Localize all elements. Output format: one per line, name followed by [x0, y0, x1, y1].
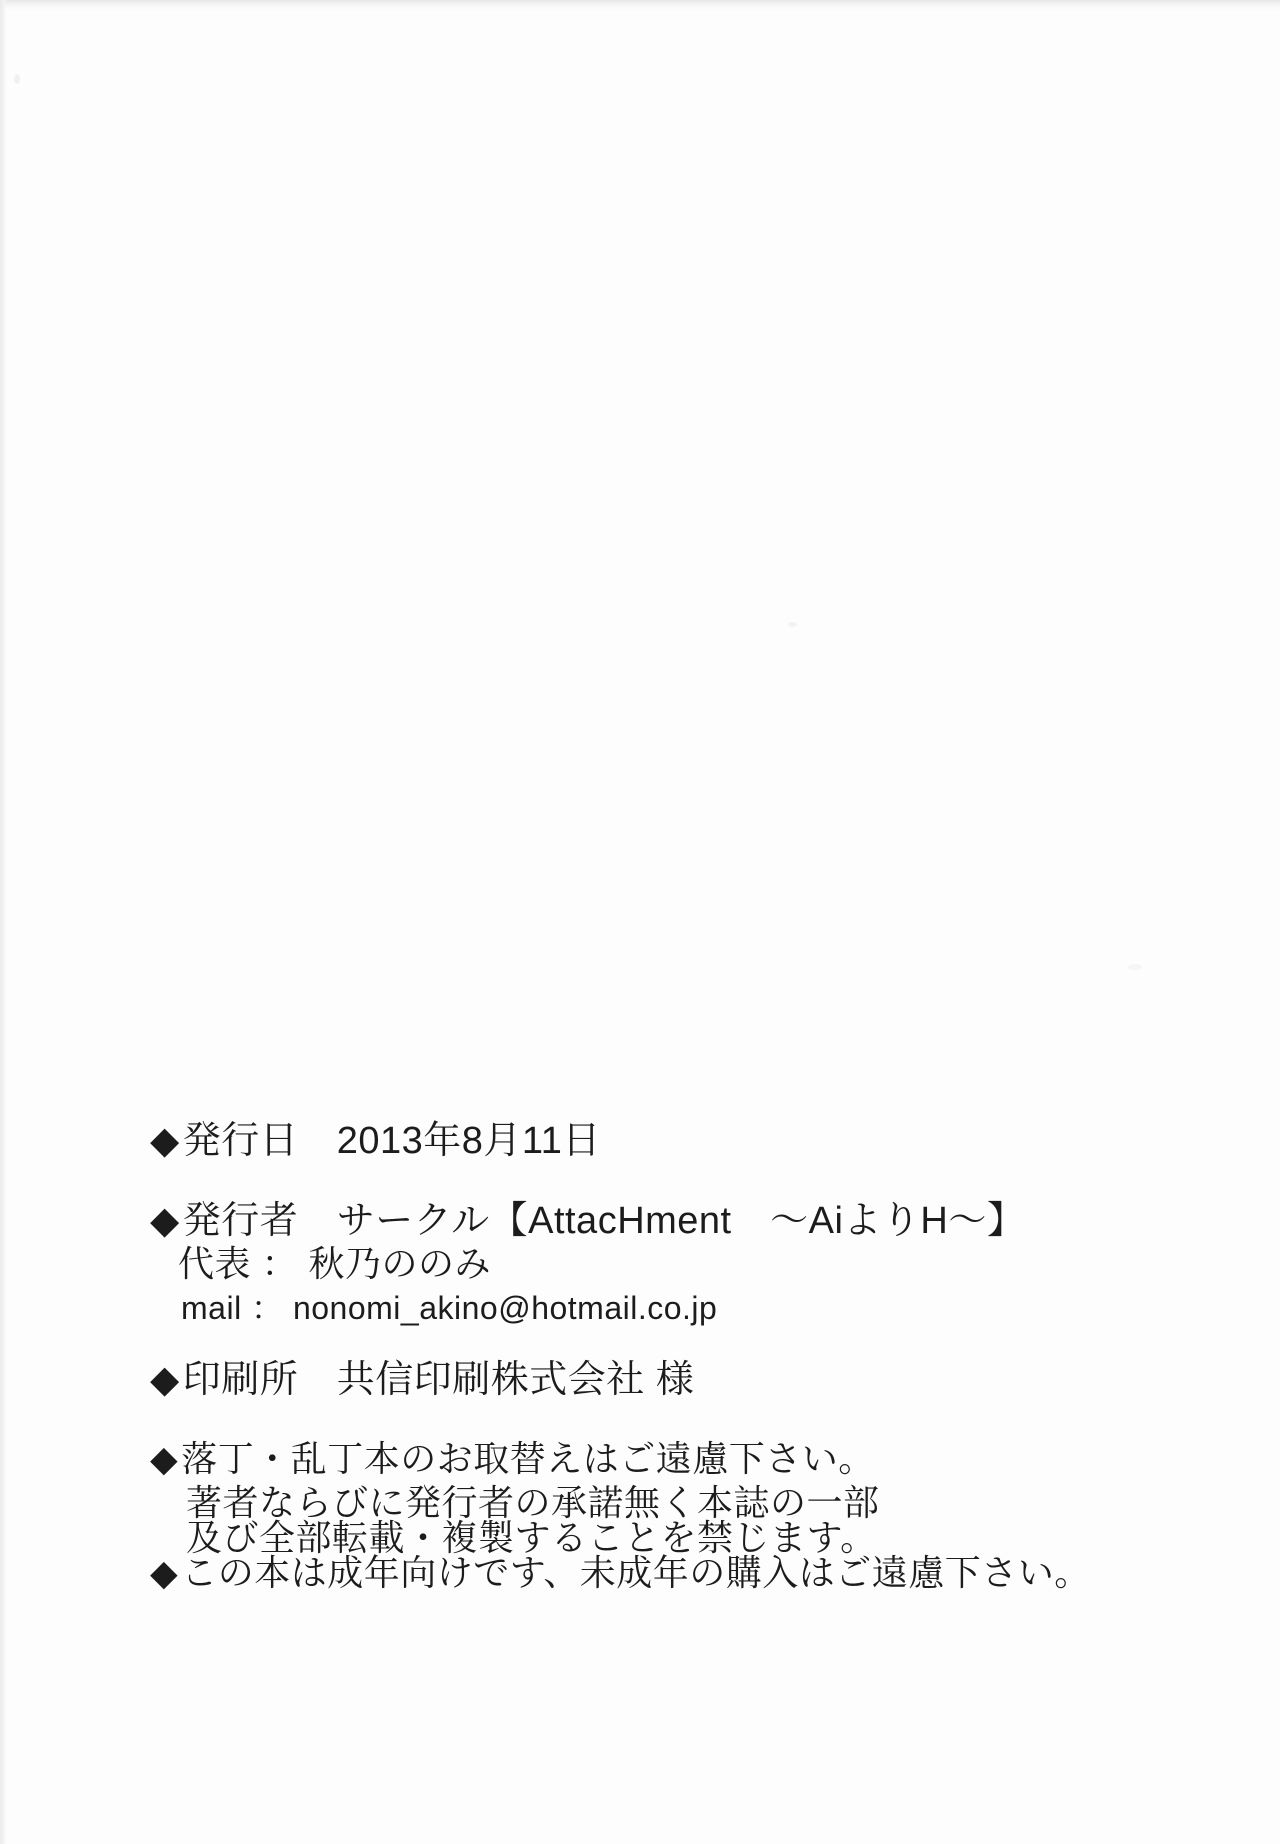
representative-text: 代表 ： 秋乃ののみ	[178, 1245, 491, 1284]
diamond-bullet-icon: ◆	[150, 1201, 180, 1242]
publisher-text: 発行者 サークル【AttacHment ～AiよりH～】	[183, 1201, 1026, 1242]
mail-line: mail ： nonomi_akino@hotmail.co.jp	[181, 1291, 717, 1326]
diamond-bullet-icon: ◆	[150, 1554, 178, 1593]
scan-edge-left	[0, 0, 7, 1844]
adult-notice-text: この本は成年向けです、未成年の購入はご遠慮下さい。	[181, 1554, 1091, 1593]
scan-speck	[1128, 964, 1142, 970]
scanned-colophon-page: ◆ 発行日 2013年8月11日 ◆ 発行者 サークル【AttacHment ～…	[0, 0, 1280, 1844]
diamond-bullet-icon: ◆	[150, 1360, 180, 1401]
scan-edge-top	[0, 0, 1280, 10]
scan-speck	[788, 622, 797, 627]
reprint-notice-line-1: ◆ 落丁・乱丁本のお取替えはご遠慮下さい。	[150, 1440, 875, 1479]
representative-line: 代表 ： 秋乃ののみ	[178, 1245, 491, 1284]
printer-line: ◆ 印刷所 共信印刷株式会社 様	[150, 1360, 694, 1401]
mail-address-text: mail ： nonomi_akino@hotmail.co.jp	[181, 1291, 717, 1326]
publisher-line: ◆ 発行者 サークル【AttacHment ～AiよりH～】	[150, 1201, 1025, 1242]
issue-date-line: ◆ 発行日 2013年8月11日	[150, 1121, 601, 1162]
issue-date-text: 発行日 2013年8月11日	[183, 1121, 601, 1162]
reprint-notice-text-1: 落丁・乱丁本のお取替えはご遠慮下さい。	[181, 1440, 875, 1479]
adult-notice-line: ◆ この本は成年向けです、未成年の購入はご遠慮下さい。	[150, 1554, 1091, 1593]
scan-speck	[14, 74, 20, 84]
printer-text: 印刷所 共信印刷株式会社 様	[183, 1360, 695, 1401]
diamond-bullet-icon: ◆	[150, 1121, 180, 1162]
diamond-bullet-icon: ◆	[150, 1440, 178, 1479]
